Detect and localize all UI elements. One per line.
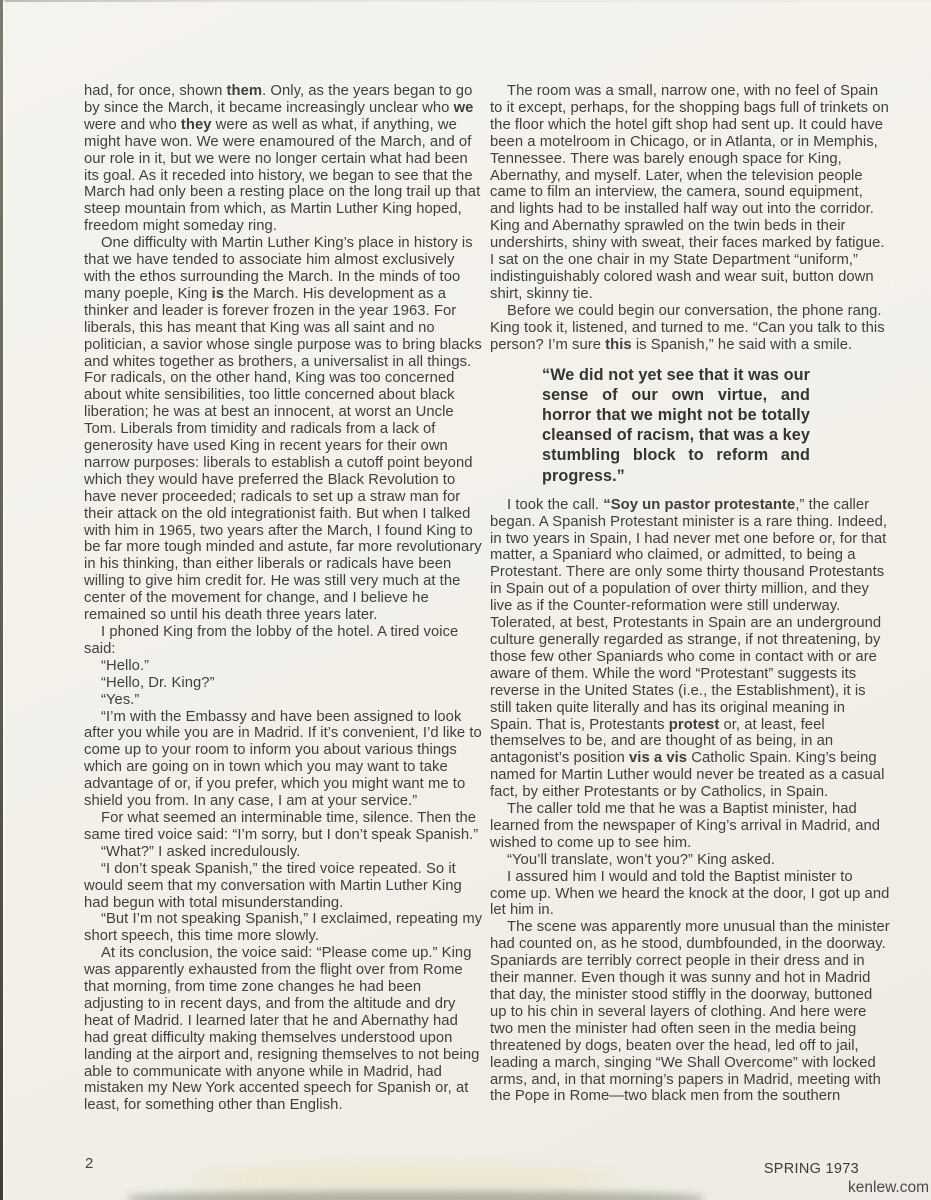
bold-text: vis a vis: [629, 750, 687, 766]
paragraph: One difficulty with Martin Luther King’s…: [84, 235, 485, 624]
paragraph: For what seemed an interminable time, si…: [84, 810, 485, 844]
bold-text: is: [212, 286, 224, 302]
paragraph: Before we could begin our conversation, …: [490, 303, 891, 354]
paragraph: “Hello.”: [84, 658, 485, 675]
body-text: For what seemed an interminable time, si…: [84, 810, 478, 843]
paragraph: I took the call. “Soy un pastor protesta…: [490, 497, 891, 801]
body-text: The scene was apparently more unusual th…: [490, 919, 890, 1104]
issue-label: SPRING 1973: [764, 1161, 859, 1177]
body-text: The caller told me that he was a Baptist…: [490, 801, 880, 851]
paragraph: I assured him I would and told the Bapti…: [490, 869, 891, 920]
bold-text: we: [454, 100, 474, 116]
paragraph: “What?” I asked incredulously.: [84, 844, 485, 861]
paragraph: “But I’m not speaking Spanish,” I exclai…: [84, 911, 485, 945]
page-number: 2: [85, 1155, 93, 1172]
body-text: had, for once, shown: [84, 83, 227, 99]
bold-text: this: [605, 337, 632, 353]
paragraph: The room was a small, narrow one, with n…: [490, 83, 891, 303]
body-text: “But I’m not speaking Spanish,” I exclai…: [84, 911, 482, 944]
paragraph: The caller told me that he was a Baptist…: [490, 801, 891, 852]
body-text: “Hello.”: [101, 658, 149, 674]
paragraph: had, for once, shown them. Only, as the …: [84, 83, 485, 235]
paragraph: “I don’t speak Spanish,” the tired voice…: [84, 861, 485, 912]
body-text: At its conclusion, the voice said: “Plea…: [84, 945, 479, 1113]
body-text: I phoned King from the lobby of the hote…: [84, 624, 458, 657]
body-text: I assured him I would and told the Bapti…: [490, 869, 889, 919]
bold-text: they: [181, 117, 212, 133]
body-text: were and who: [84, 117, 181, 133]
scan-bottom-band: [128, 1191, 703, 1200]
bold-text: them: [227, 83, 263, 99]
paragraph: “Yes.”: [84, 692, 485, 709]
bold-text: “Soy un pastor protestante: [603, 497, 795, 513]
body-text: “Yes.”: [101, 692, 139, 708]
body-text: The room was a small, narrow one, with n…: [490, 83, 889, 302]
watermark: kenlew.com: [848, 1179, 929, 1197]
magazine-page: had, for once, shown them. Only, as the …: [0, 0, 931, 1200]
body-text: is Spanish,” he said with a smile.: [632, 337, 853, 353]
paragraph: The scene was apparently more unusual th…: [490, 919, 891, 1105]
paragraph: “You’ll translate, won’t you?” King aske…: [490, 852, 891, 869]
body-text: were as well as what, if anything, we mi…: [84, 117, 480, 234]
scan-smudge: [185, 1166, 625, 1190]
paragraph: “Hello, Dr. King?”: [84, 675, 485, 692]
paragraph: At its conclusion, the voice said: “Plea…: [84, 945, 485, 1114]
text-column-right: The room was a small, narrow one, with n…: [490, 83, 891, 1105]
body-text: the March. His development as a thinker …: [84, 286, 482, 623]
body-text: “I don’t speak Spanish,” the tired voice…: [84, 861, 462, 911]
paragraph: “I’m with the Embassy and have been assi…: [84, 709, 485, 810]
scan-edge-left-highlight: [3, 0, 5, 1200]
text-column-left: had, for once, shown them. Only, as the …: [84, 83, 485, 1114]
body-text: “You’ll translate, won’t you?” King aske…: [507, 852, 775, 868]
body-text: “What?” I asked incredulously.: [101, 844, 300, 860]
bold-text: protest: [669, 717, 720, 733]
body-text: “Hello, Dr. King?”: [101, 675, 215, 691]
body-text: I took the call.: [507, 497, 603, 513]
body-text: ,” the caller began. A Spanish Protestan…: [490, 497, 887, 733]
scan-edge-top: [0, 0, 931, 2]
paragraph: I phoned King from the lobby of the hote…: [84, 624, 485, 658]
pull-quote: “We did not yet see that it was our sens…: [542, 365, 810, 486]
body-text: “I’m with the Embassy and have been assi…: [84, 709, 482, 810]
